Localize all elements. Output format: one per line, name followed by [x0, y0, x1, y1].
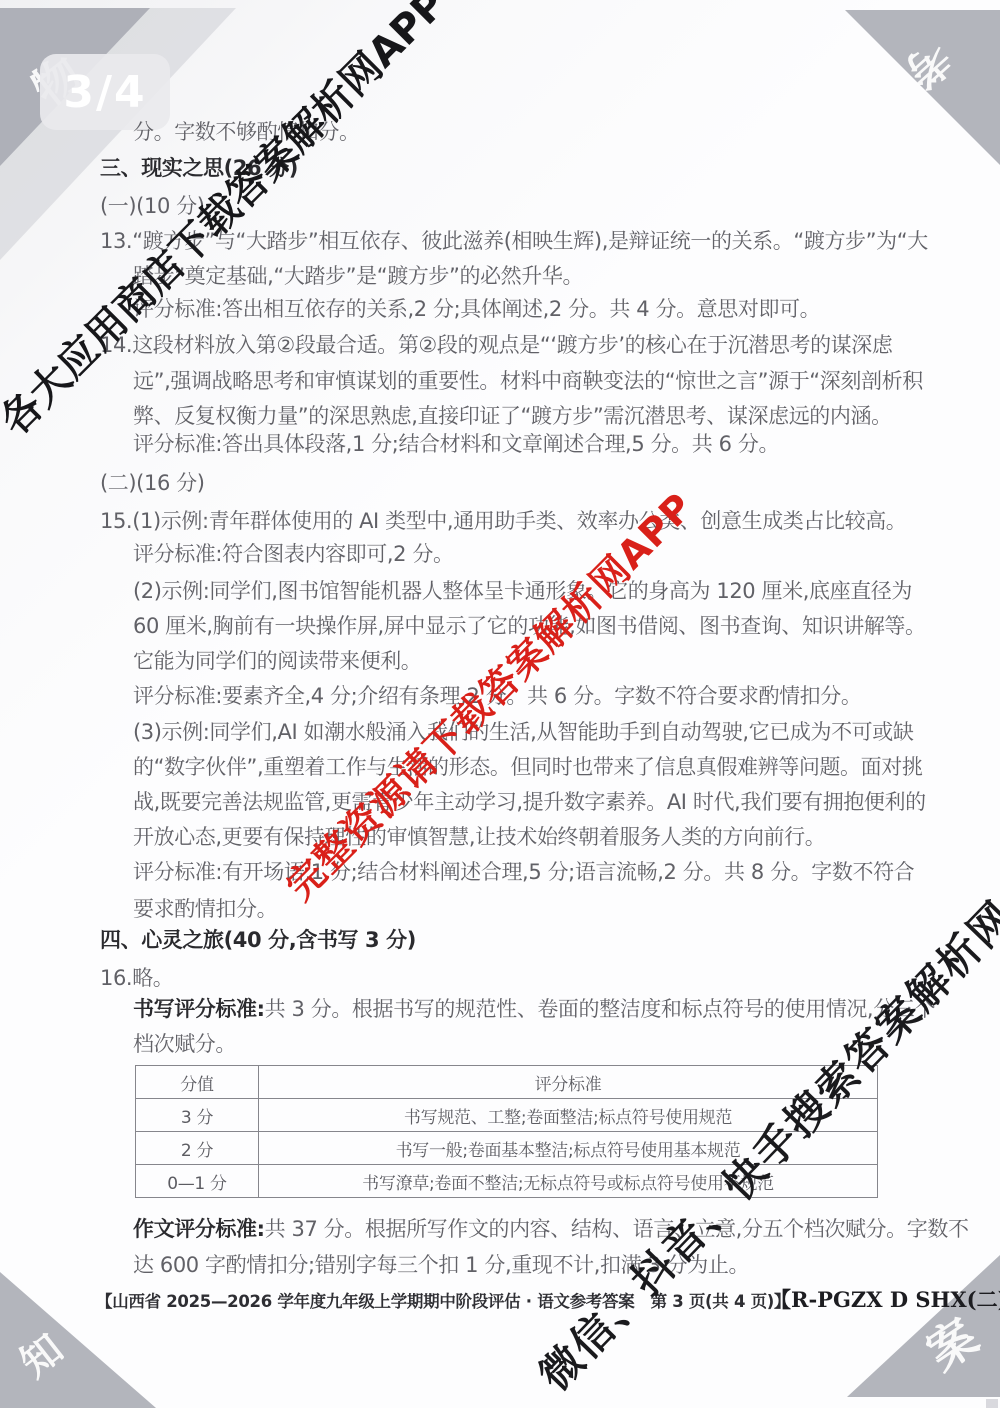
text-line: 作文评分标准:共 37 分。根据所写作文的内容、结构、语言、立意,分五个档次赋分… — [133, 1213, 969, 1243]
footer-paper-code: 【R-PGZX D SHX(二)】 — [770, 1284, 1000, 1314]
table-cell: 2 分 — [136, 1132, 259, 1165]
text-line: 14.这段材料放入第②段最合适。第②段的观点是“‘踱方步’的核心在于沉潜思考的谋… — [100, 329, 892, 359]
text-line: 15.(1)示例:青年群体使用的 AI 类型中,通用助手类、效率办公类、创意生成… — [100, 505, 906, 535]
section-heading: 四、心灵之旅(40 分,含书写 3 分) — [100, 924, 416, 954]
text-line: 档次赋分。 — [133, 1028, 236, 1058]
scanned-answer-page: { "page_indicator": "3/4", "corners": { … — [0, 0, 1000, 1408]
table-cell: 3 分 — [136, 1099, 259, 1132]
text-line: 战,既要完善法规监管,更需青少年主动学习,提升数字素养。AI 时代,我们要有拥抱… — [133, 786, 926, 816]
table-cell: 评分标准 — [259, 1066, 878, 1099]
text-line: 评分标准:答出相互依存的关系,2 分;具体阐述,2 分。共 4 分。意思对即可。 — [133, 293, 820, 323]
text-line: 弊、反复权衡力量”的深思熟虑,直接印证了“踱方步”需沉潜思考、谋深虑远的内涵。 — [133, 400, 892, 430]
text-line: 远”,强调战略思考和审慎谋划的重要性。材料中商鞅变法的“惊世之言”源于“深刻剖析… — [133, 365, 923, 395]
footer-exam-title: 【山西省 2025—2026 学年度九年级上学期期中阶段评估 · 语文参考答案 … — [96, 1288, 790, 1312]
text-line: 评分标准:符合图表内容即可,2 分。 — [133, 538, 454, 568]
text-line: (二)(16 分) — [100, 467, 205, 497]
text-line: 要求酌情扣分。 — [133, 893, 277, 923]
text-line: 评分标准:有开场语,1 分;结合材料阐述合理,5 分;语言流畅,2 分。共 8 … — [133, 856, 914, 886]
text-line: 的“数字伙伴”,重塑着工作与生活的形态。但同时也带来了信息真假难辨等问题。面对挑 — [133, 751, 922, 781]
text-line: 书写评分标准:共 3 分。根据书写的规范性、卷面的整洁度和标点符号的使用情况,分… — [133, 993, 935, 1023]
table-header-row: 分值评分标准 — [136, 1066, 878, 1099]
text-line: 评分标准:答出具体段落,1 分;结合材料和文章阐述合理,5 分。共 6 分。 — [133, 428, 779, 458]
table-cell: 0—1 分 — [136, 1165, 259, 1198]
text-line: (3)示例:同学们,AI 如潮水般涌入我们的生活,从智能助手到自动驾驶,它已成为… — [133, 716, 913, 746]
text-line: (2)示例:同学们,图书馆智能机器人整体呈卡通形象。它的身高为 120 厘米,底… — [133, 575, 912, 605]
table-cell: 分值 — [136, 1066, 259, 1099]
text-line: 它能为同学们的阅读带来便利。 — [133, 645, 421, 675]
text-line: 16.略。 — [100, 962, 173, 992]
scan-artifact — [986, 1399, 998, 1408]
text-line: 开放心态,更要有保持理性的审慎智慧,让技术始终朝着服务人类的方向前行。 — [133, 821, 825, 851]
